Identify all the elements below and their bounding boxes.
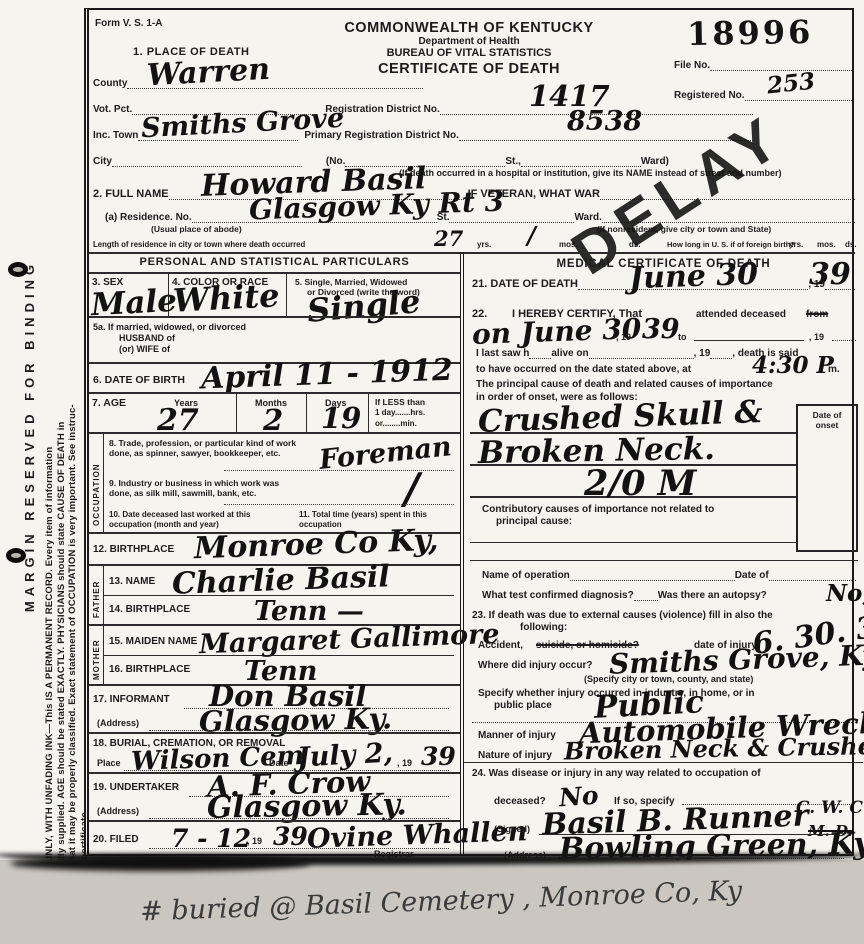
filed-19-label: , 19 (247, 836, 262, 846)
specify-city-note: (Specify city or town, county, and state… (584, 674, 753, 684)
informant-address-rule (149, 730, 449, 731)
if-less-label-2: 1 day.......hrs. (375, 408, 425, 417)
father-rows: 13. NAME Charlie Basil 14. BIRTHPLACE Te… (104, 566, 460, 624)
form-number: Form V. S. 1-A (95, 18, 162, 29)
color-race-value: White (172, 279, 280, 317)
margin-nb-line: N. B. WRITE PLAINLY, WITH UNFADING INK—T… (44, 38, 56, 938)
last-saw-blank-2 (589, 348, 694, 359)
time-m-label: m. (828, 364, 840, 375)
filed-year-value: 39 (273, 824, 308, 849)
test-blank (634, 590, 658, 601)
mother-maiden-value: Margaret Gallimore (199, 621, 500, 658)
age-days-cell: Days 19 (307, 394, 369, 432)
operation-blank (570, 570, 735, 581)
item23-label-2: following: (520, 622, 567, 633)
autopsy-label: Was there an autopsy? (658, 590, 767, 601)
us-ds-label: ds. (845, 240, 857, 249)
registered-no-row: Registered No. (674, 90, 852, 101)
date-of-death-value: June 30 (629, 260, 759, 294)
father-name-value: Charlie Basil (172, 562, 391, 600)
date-of-birth-label: 6. DATE OF BIRTH (93, 374, 185, 386)
trade-fill-line (224, 470, 454, 471)
signed-label: (Signed) (494, 824, 530, 834)
certificate-number-stamp: 18996 (687, 13, 814, 53)
item23-label-1: 23. If death was due to external causes … (472, 610, 773, 621)
age-label: 7. AGE (92, 397, 126, 409)
contributory-label-2: principal cause: (496, 516, 572, 527)
full-name-label: 2. FULL NAME (93, 188, 169, 200)
burial-place-label: Place (97, 758, 121, 768)
city-blank (112, 156, 302, 167)
file-no-row: File No. (674, 60, 852, 71)
street-label: St., (505, 156, 521, 167)
last-saw-label-1: I last saw h (476, 348, 529, 359)
dept-of-health: Department of Health (274, 36, 664, 47)
undertaker-label: 19. UNDERTAKER (93, 782, 179, 793)
torn-edge-shadow-left (10, 856, 310, 871)
signed-cwc-annotation: C. W. C. (796, 800, 864, 817)
autopsy-row: What test confirmed diagnosis? Was there… (482, 590, 856, 601)
if-less-label-1: If LESS than (375, 397, 425, 407)
header-center-block: COMMONWEALTH OF KENTUCKY Department of H… (274, 20, 664, 77)
informant-address-label: (Address) (97, 718, 139, 728)
deceased-label: deceased? (494, 796, 546, 807)
us-mos-label: mos. (817, 240, 836, 249)
date-of-onset-box: Date of onset (796, 404, 858, 552)
registered-no-label: Registered No. (674, 90, 745, 101)
city-label: City (93, 156, 112, 167)
age-months-cell: Months 2 (237, 394, 307, 432)
nature-of-injury-value: Broken Neck & Crushed Skull (564, 732, 864, 763)
occupation-block: OCCUPATION 8. Trade, profession, or part… (89, 432, 460, 532)
last-saw-blank-3 (710, 348, 732, 359)
birthplace-value: Monroe Co Ky, (194, 526, 439, 565)
date-of-death-year: 39 (809, 260, 851, 290)
punch-hole (8, 262, 28, 277)
registered-no-value: 253 (766, 70, 816, 98)
length-yrs-label: yrs. (477, 240, 491, 249)
vot-pct-label: Vot. Pct. (93, 104, 132, 115)
husband-wife-label-1: 5a. If married, widowed, or divorced (93, 322, 246, 332)
margin-nb-line: plain terms, so that it may be properly … (67, 38, 79, 938)
nature-of-injury-label: Nature of injury (478, 750, 552, 761)
contributory-rule-2 (470, 560, 858, 561)
attended-label: attended deceased (696, 309, 786, 320)
father-birthplace-value: Tenn — (254, 598, 364, 625)
operation-row: Name of operation Date of (482, 570, 856, 581)
specify-injury-label-2: public place (494, 700, 552, 711)
test-label: What test confirmed diagnosis? (482, 590, 634, 601)
residence-label: (a) Residence. No. (105, 212, 192, 223)
attended-year-value: 39 (642, 316, 680, 343)
age-years-cell: 7. AGE Years 27 (89, 394, 237, 432)
husband-wife-label-3: (or) WIFE of (119, 344, 170, 354)
age-row: 7. AGE Years 27 Months 2 Days 19 If LESS… (89, 392, 460, 432)
autopsy-value: No, (826, 582, 864, 605)
undertaker-row: 19. UNDERTAKER A. F. Crow (Address) Glas… (89, 772, 460, 820)
undertaker-address-label: (Address) (97, 806, 139, 816)
burial-19-label: , 19 (397, 758, 412, 768)
date-of-death-label: 21. DATE OF DEATH (472, 278, 578, 290)
occupation-rows: 8. Trade, profession, or particular kind… (104, 434, 460, 532)
undertaker-address-rule (149, 818, 449, 819)
commonwealth-title: COMMONWEALTH OF KENTUCKY (274, 20, 664, 36)
attended-to-blank (694, 340, 804, 341)
certificate-title: CERTIFICATE OF DEATH (274, 61, 664, 77)
trade-label: 8. Trade, profession, or particular kind… (109, 438, 304, 458)
last-saw-19-label: , 19 (694, 348, 711, 359)
certificate-frame: Form V. S. 1-A 1. PLACE OF DEATH COMMONW… (84, 8, 854, 856)
file-no-label: File No. (674, 60, 710, 71)
manner-of-injury-label: Manner of injury (478, 730, 556, 741)
county-label: County (93, 78, 127, 89)
from-label-struck: from (806, 309, 828, 320)
operation-date-label: Date of (735, 570, 769, 581)
personal-particulars-column: PERSONAL AND STATISTICAL PARTICULARS 3. … (89, 252, 460, 856)
burial-year-value: 39 (421, 744, 456, 769)
how-long-us-label: How long in U. S. if of foreign birth? (667, 240, 795, 249)
item24-label: 24. Was disease or injury in any way rel… (472, 768, 761, 779)
file-no-blank (710, 60, 852, 71)
time-of-death-value: 4:30 P (752, 354, 834, 377)
date-of-birth-value: April 11 - 1912 (201, 356, 454, 395)
mother-vertical-strip: MOTHER (89, 626, 104, 684)
father-birthplace-label: 14. BIRTHPLACE (109, 604, 190, 615)
age-months-value: 2 (263, 406, 283, 435)
last-saw-label-2: alive on (551, 348, 588, 359)
attended-yearb-blank (832, 340, 856, 341)
principal-cause-label-1: The principal cause of death and related… (476, 379, 773, 390)
industry-fill-line (224, 504, 454, 505)
where-injury-label: Where did injury occur? (478, 660, 592, 671)
mother-block: MOTHER 15. MAIDEN NAME Margaret Gallimor… (89, 624, 460, 684)
father-block: FATHER 13. NAME Charlie Basil 14. BIRTHP… (89, 564, 460, 624)
length-residence-label: Length of residence in city or town wher… (93, 240, 305, 249)
margin-nb-line: should be carefully supplied. AGE should… (56, 38, 68, 938)
primary-district-value: 8538 (567, 108, 642, 135)
length-mos-slash: / (527, 224, 536, 248)
if-less-label-3: or........min. (375, 419, 417, 428)
mother-maiden-label: 15. MAIDEN NAME (109, 636, 197, 647)
husband-wife-label-2: HUSBAND of (119, 333, 175, 343)
binding-margin-text: MARGIN RESERVED FOR BINDING (22, 36, 37, 836)
contributory-label-1: Contributory causes of importance not re… (482, 504, 714, 515)
father-vertical-strip: FATHER (89, 566, 104, 624)
father-vertical-label: FATHER (92, 581, 101, 618)
occupation-vertical-strip: OCCUPATION (89, 434, 104, 532)
scanned-death-certificate: MARGIN RESERVED FOR BINDING N. B. WRITE … (0, 0, 864, 944)
contributory-rule-1 (470, 542, 796, 543)
bureau-vital-statistics: BUREAU OF VITAL STATISTICS (274, 47, 664, 59)
filed-row: 20. FILED 7 - 12 , 19 39 Ovine Whallen R… (89, 820, 460, 856)
if-less-cell: If LESS than 1 day.......hrs. or........… (369, 394, 460, 432)
trade-value: Foreman (318, 433, 453, 474)
industry-label: 9. Industry or business in which work wa… (109, 478, 304, 498)
operation-label: Name of operation (482, 570, 570, 581)
inc-town-label: Inc. Town (93, 130, 138, 141)
mother-rows: 15. MAIDEN NAME Margaret Gallimore 16. B… (104, 626, 460, 684)
attended-19b-label: , 19 (809, 332, 824, 342)
burial-row: 18. BURIAL, CREMATION, OR REMOVAL Place … (89, 732, 460, 772)
item23-bottom-rule (464, 762, 863, 763)
last-worked-label: 10. Date deceased last worked at this oc… (109, 510, 294, 529)
street-blank (521, 156, 641, 167)
informant-row: 17. INFORMANT Don Basil (Address) Glasgo… (89, 684, 460, 732)
informant-label: 17. INFORMANT (93, 694, 170, 705)
father-name-label: 13. NAME (109, 576, 155, 587)
birthplace-label: 12. BIRTHPLACE (93, 544, 174, 555)
last-saw-blank-1 (529, 348, 551, 359)
punch-hole (6, 548, 26, 563)
filed-label: 20. FILED (93, 834, 139, 845)
mother-birthplace-label: 16. BIRTHPLACE (109, 664, 190, 675)
onset-label-1: Date of (798, 410, 856, 420)
mother-vertical-label: MOTHER (92, 639, 101, 680)
attended-19-label: , 19 (616, 332, 631, 342)
onset-label-2: onset (798, 420, 856, 430)
accident-label: Accident, (478, 640, 523, 651)
length-residence-value: 27 (434, 228, 463, 249)
occupation-vertical-label: OCCUPATION (92, 463, 101, 526)
occurred-label: to have occurred on the date stated abov… (476, 364, 691, 375)
us-yrs-label: yrs. (789, 240, 803, 249)
cause-of-death-line-3: 2/0 M (584, 466, 696, 501)
county-value: Warren (146, 55, 270, 91)
abode-note: (Usual place of abode) (151, 224, 242, 234)
medical-certificate-column: MEDICAL CERTIFICATE OF DEATH 21. DATE OF… (460, 252, 859, 856)
attended-to-label: to (678, 332, 687, 342)
personal-particulars-title: PERSONAL AND STATISTICAL PARTICULARS (89, 256, 460, 268)
age-days-value: 19 (321, 404, 361, 433)
